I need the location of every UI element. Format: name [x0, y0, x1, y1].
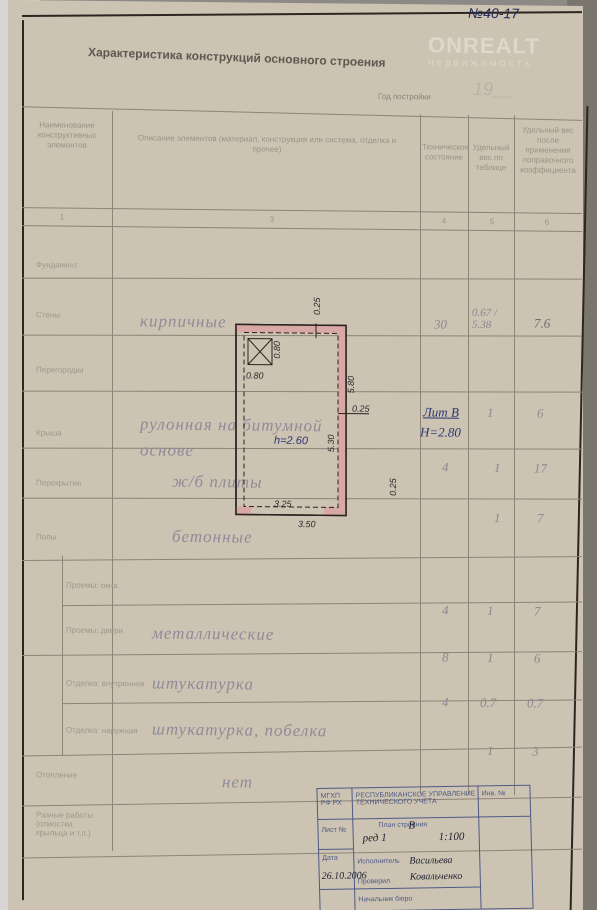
row-label-foundation: Фундамент [36, 260, 78, 269]
row-label-misc: Разные работы (отмостки, крыльца и т.п.) [36, 810, 106, 838]
dim-wall-small: 0.25 [388, 478, 398, 496]
row-label-doors: Проемы: двери [66, 626, 123, 636]
stamp-checked-value: Ковальченко [410, 871, 463, 883]
row-line [62, 601, 582, 606]
windows-c4: 4 [442, 603, 449, 619]
col-divider-4 [468, 115, 469, 795]
row-line [62, 699, 582, 704]
dim-vent-h: 0.80 [272, 341, 282, 359]
row-line [22, 556, 582, 561]
inner-height: h=2.60 [274, 435, 308, 447]
stamp-org-name: РЕСПУБЛИКАНСКОЕ УПРАВЛЕНИЕ ТЕХНИЧЕСКОГО … [356, 791, 476, 807]
walls-c6: 7.6 [534, 316, 550, 332]
row-label-heating: Отопление [36, 770, 77, 779]
document-page: №40-17 ONREALT НЕДВИЖИМОСТЬ Характеристи… [8, 0, 583, 910]
header-divider [22, 207, 582, 214]
watermark-tagline: НЕДВИЖИМОСТЬ [428, 58, 540, 68]
stamp-chief-label: Начальник бюро [358, 896, 412, 904]
row-label-partitions: Перегородки [36, 365, 84, 374]
floors-c5: 1 [494, 510, 501, 526]
header-num-5: 5 [482, 217, 502, 227]
col-divider-3 [420, 114, 421, 794]
dim-wall-top: 0.25 [312, 297, 322, 315]
desc-walls: кирпичные [140, 311, 227, 332]
slab-c4: 4 [442, 460, 449, 476]
watermark: ONREALT НЕДВИЖИМОСТЬ [428, 32, 540, 68]
year-label: Год постройки [378, 92, 431, 102]
row-label-interior-finish: Отделка: внутренняя [66, 679, 144, 689]
floor-plan-drawing [234, 322, 374, 533]
stamp-date-label: Дата [322, 855, 338, 862]
stamp-checked-label: Проверил [358, 878, 390, 886]
desc-heating: нет [222, 772, 253, 792]
roof-c5: 1 [487, 405, 494, 421]
header-num-1: 1 [52, 212, 72, 222]
floor-plan: 0.25 0.80 0.80 5.80 0.25 5.30 h=2.60 3.2… [234, 322, 354, 523]
dim-outer-length: 5.80 [346, 376, 356, 394]
stamp-lit-value: В [408, 820, 415, 832]
header-num-6: 6 [537, 218, 557, 228]
stamp-inv-label: Инв. № [481, 790, 505, 797]
header-description: Описание элементов (материал, конструкци… [132, 133, 402, 156]
characteristics-table: Наименование конструктивных элементов Оп… [22, 110, 582, 116]
col-divider-5 [514, 115, 515, 795]
desc-exterior: штукатурка, побелка [152, 720, 327, 742]
corner-number: №40-17 [468, 5, 519, 22]
page-left-border [22, 20, 24, 900]
stamp-sheet-label: Лист № [321, 827, 349, 834]
exterior-c5: 1 [487, 743, 494, 759]
windows-c6: 7 [534, 604, 541, 620]
row-label-windows: Проемы: окна [66, 581, 118, 591]
row-label-roof: Крыша [36, 428, 62, 437]
stamp-executor-label: Исполнитель [357, 858, 400, 866]
height-label: Н=2.80 [420, 424, 461, 440]
row-label-exterior-finish: Отделка: наружная [66, 726, 138, 736]
dim-inner-length: 5.30 [326, 435, 336, 453]
exterior-c6: 3 [532, 743, 539, 759]
desc-interior: штукатурка [152, 674, 254, 695]
doors-c5: 1 [487, 650, 494, 666]
interior-c5: 0.7 [480, 695, 496, 711]
row-line [22, 278, 582, 280]
interior-c4: 4 [442, 695, 449, 711]
stamp-scale-value: 1:100 [439, 831, 465, 843]
sub-col-divider [62, 556, 63, 756]
walls-c5: 0.67 / 5.38 [472, 307, 512, 331]
header-name: Наименование конструктивных элементов [27, 120, 107, 151]
col-divider-1 [112, 111, 113, 851]
header-num-4: 4 [434, 216, 454, 226]
bti-stamp: МГХП РФ РХ РЕСПУБЛИКАНСКОЕ УПРАВЛЕНИЕ ТЕ… [316, 785, 533, 910]
stamp-sheet-value: ред 1 [363, 832, 387, 844]
slab-c6: 17 [534, 461, 547, 477]
header-num-3: 3 [262, 215, 282, 225]
row-label-floors-slab: Перекрытия [36, 478, 81, 487]
year-value: 19__ [473, 79, 513, 100]
row-label-floors: Полы [36, 532, 56, 541]
row-line [22, 651, 582, 656]
lit-label: Лит В [423, 404, 459, 420]
dim-wall-right: 0.25 [352, 404, 370, 414]
header-weight: Удельный вес по таблице [470, 143, 512, 173]
doors-c6: 6 [534, 651, 541, 667]
roof-c6: 6 [537, 406, 544, 422]
watermark-brand: ONREALT [428, 32, 540, 58]
dim-vent-w: 0.80 [246, 370, 264, 380]
stamp-executor-value: Васильева [409, 855, 452, 867]
row-line [22, 747, 582, 757]
interior-c6: 0.7 [527, 695, 543, 711]
windows-c5: 1 [487, 603, 494, 619]
dim-inner-width: 3.25 [274, 499, 292, 509]
desc-doors: металлические [152, 624, 274, 645]
stamp-plan-label: План строения [378, 821, 427, 829]
row-label-walls: Стены [36, 310, 60, 319]
document-title: Характеристика конструкций основного стр… [88, 45, 386, 70]
floors-c6: 7 [537, 511, 544, 527]
stamp-org-short: МГХП РФ РХ [321, 793, 351, 807]
header-condition: Техническое состояние [422, 142, 466, 162]
table-top-line [22, 106, 582, 121]
walls-c4: 30 [434, 316, 447, 332]
doors-c4: 8 [442, 650, 449, 666]
slab-c5: 1 [494, 460, 501, 476]
dim-outer-width: 3.50 [298, 519, 316, 529]
header-weight-adjusted: Удельный вес после применения поправочно… [516, 125, 580, 176]
